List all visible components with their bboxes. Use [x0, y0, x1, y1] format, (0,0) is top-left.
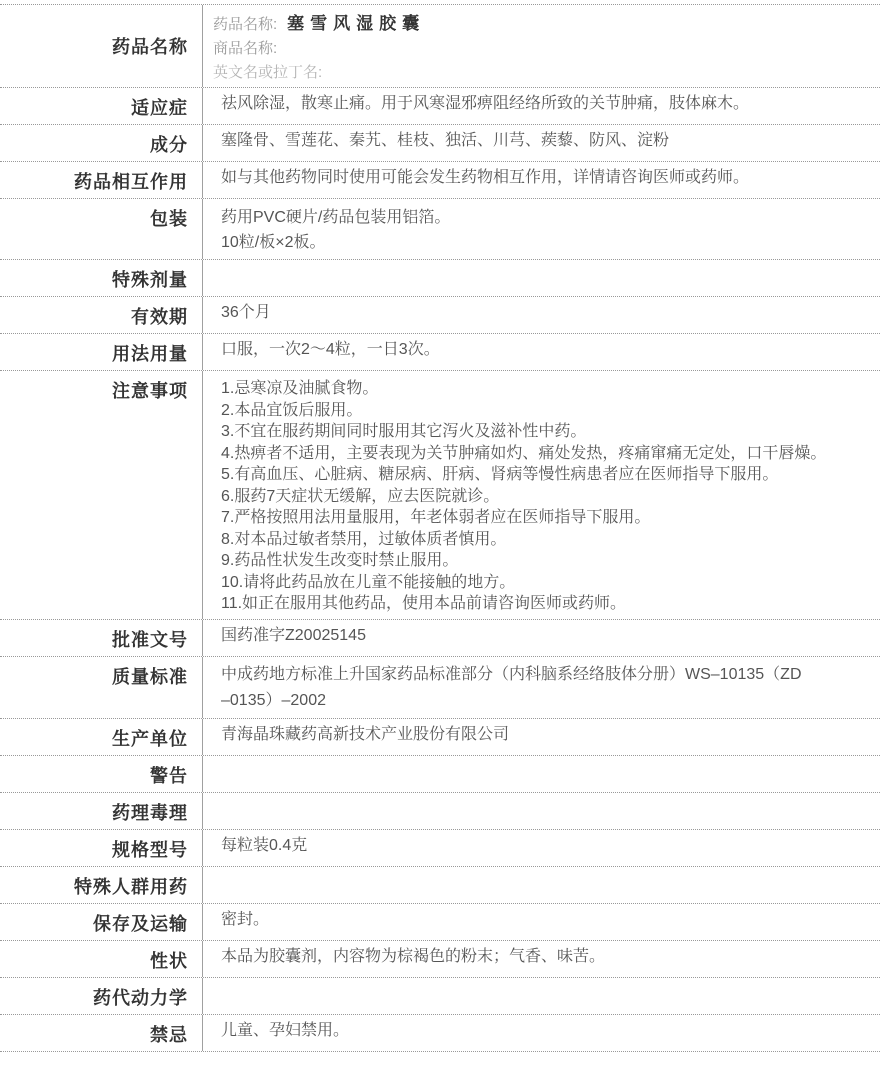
drug-name-row-label: 药品名称 [0, 5, 203, 87]
properties-value: 本品为胶囊剂，内容物为棕褐色的粉末；气香、味苦。 [203, 941, 880, 977]
quality-standard-line: –0135）–2002 [221, 688, 868, 714]
row-warning: 警告 [0, 755, 880, 792]
row-storage-transport: 保存及运输 密封。 [0, 903, 880, 940]
precaution-item: 11.如正在服用其他药品，使用本品前请咨询医师或药师。 [221, 593, 868, 615]
precaution-item: 6.服药7天症状无缓解，应去医院就诊。 [221, 486, 868, 508]
row-shelf-life: 有效期 36个月 [0, 296, 880, 333]
row-drug-name: 药品名称 药品名称:塞雪风湿胶囊 商品名称: 英文名或拉丁名: [0, 4, 880, 87]
row-special-population: 特殊人群用药 [0, 866, 880, 903]
drug-name-field-label: 药品名称: [213, 16, 277, 33]
storage-transport-value: 密封。 [203, 904, 880, 940]
manufacturer-value: 青海晶珠藏药高新技术产业股份有限公司 [203, 719, 880, 755]
row-quality-standard: 质量标准 中成药地方标准上升国家药品标准部分（内科脑系经络肢体分册）WS–101… [0, 656, 880, 718]
storage-transport-label: 保存及运输 [0, 904, 203, 940]
row-properties: 性状 本品为胶囊剂，内容物为棕褐色的粉末；气香、味苦。 [0, 940, 880, 977]
precaution-item: 4.热痹者不适用，主要表现为关节肿痛如灼、痛处发热，疼痛窜痛无定处，口干唇燥。 [221, 443, 868, 465]
manufacturer-label: 生产单位 [0, 719, 203, 755]
packaging-label: 包装 [0, 199, 203, 259]
row-ingredients: 成分 塞隆骨、雪莲花、秦艽、桂枝、独活、川芎、蒺藜、防风、淀粉 [0, 124, 880, 161]
drug-name-value: 塞雪风湿胶囊 [287, 14, 425, 33]
row-indications: 适应症 祛风除湿，散寒止痛。用于风寒湿邪痹阻经络所致的关节肿痛，肢体麻木。 [0, 87, 880, 124]
shelf-life-label: 有效期 [0, 297, 203, 333]
row-contraindications: 禁忌 儿童、孕妇禁用。 [0, 1014, 880, 1051]
warning-value [203, 756, 880, 792]
interactions-label: 药品相互作用 [0, 162, 203, 198]
pharmacology-toxicology-label: 药理毒理 [0, 793, 203, 829]
approval-number-value: 国药准字Z20025145 [203, 620, 880, 656]
row-manufacturer: 生产单位 青海晶珠藏药高新技术产业股份有限公司 [0, 718, 880, 755]
interactions-value: 如与其他药物同时使用可能会发生药物相互作用，详情请咨询医师或药师。 [203, 162, 880, 198]
usage-dosage-label: 用法用量 [0, 334, 203, 370]
indications-label: 适应症 [0, 88, 203, 124]
quality-standard-label: 质量标准 [0, 657, 203, 718]
packaging-line: 药用PVC硬片/药品包装用铝箔。 [221, 205, 868, 230]
properties-label: 性状 [0, 941, 203, 977]
approval-number-label: 批准文号 [0, 620, 203, 656]
pharmacology-toxicology-value [203, 793, 880, 829]
contraindications-label: 禁忌 [0, 1015, 203, 1051]
usage-dosage-value: 口服，一次2～4粒，一日3次。 [203, 334, 880, 370]
quality-standard-value: 中成药地方标准上升国家药品标准部分（内科脑系经络肢体分册）WS–10135（ZD… [203, 657, 880, 718]
row-approval-number: 批准文号 国药准字Z20025145 [0, 619, 880, 656]
warning-label: 警告 [0, 756, 203, 792]
special-population-label: 特殊人群用药 [0, 867, 203, 903]
shelf-life-value: 36个月 [203, 297, 880, 333]
row-precautions: 注意事项 1.忌寒凉及油腻食物。 2.本品宜饭后服用。 3.不宜在服药期间同时服… [0, 370, 880, 619]
contraindications-value: 儿童、孕妇禁用。 [203, 1015, 880, 1051]
packaging-line: 10粒/板×2板。 [221, 230, 868, 255]
precaution-item: 8.对本品过敏者禁用，过敏体质者慎用。 [221, 529, 868, 551]
drug-info-table: 药品名称 药品名称:塞雪风湿胶囊 商品名称: 英文名或拉丁名: 适应症 祛风除湿… [0, 4, 880, 1052]
precautions-value: 1.忌寒凉及油腻食物。 2.本品宜饭后服用。 3.不宜在服药期间同时服用其它泻火… [203, 371, 880, 619]
row-pharmacology-toxicology: 药理毒理 [0, 792, 880, 829]
precaution-item: 2.本品宜饭后服用。 [221, 400, 868, 422]
special-population-value [203, 867, 880, 903]
packaging-value: 药用PVC硬片/药品包装用铝箔。 10粒/板×2板。 [203, 199, 880, 259]
english-name-field-label: 英文名或拉丁名: [213, 61, 880, 85]
ingredients-value: 塞隆骨、雪莲花、秦艽、桂枝、独活、川芎、蒺藜、防风、淀粉 [203, 125, 880, 161]
trade-name-field-label: 商品名称: [213, 37, 880, 61]
ingredients-label: 成分 [0, 125, 203, 161]
specification-label: 规格型号 [0, 830, 203, 866]
drug-name-line: 药品名称:塞雪风湿胶囊 [213, 12, 880, 37]
special-dosage-label: 特殊剂量 [0, 260, 203, 296]
row-packaging: 包装 药用PVC硬片/药品包装用铝箔。 10粒/板×2板。 [0, 198, 880, 259]
pharmacokinetics-value [203, 978, 880, 1014]
precaution-item: 1.忌寒凉及油腻食物。 [221, 378, 868, 400]
specification-value: 每粒装0.4克 [203, 830, 880, 866]
precaution-item: 10.请将此药品放在儿童不能接触的地方。 [221, 572, 868, 594]
precaution-item: 5.有高血压、心脏病、糖尿病、肝病、肾病等慢性病患者应在医师指导下服用。 [221, 464, 868, 486]
row-special-dosage: 特殊剂量 [0, 259, 880, 296]
row-usage-dosage: 用法用量 口服，一次2～4粒，一日3次。 [0, 333, 880, 370]
row-specification: 规格型号 每粒装0.4克 [0, 829, 880, 866]
special-dosage-value [203, 260, 880, 296]
row-interactions: 药品相互作用 如与其他药物同时使用可能会发生药物相互作用，详情请咨询医师或药师。 [0, 161, 880, 198]
indications-value: 祛风除湿，散寒止痛。用于风寒湿邪痹阻经络所致的关节肿痛，肢体麻木。 [203, 88, 880, 124]
quality-standard-line: 中成药地方标准上升国家药品标准部分（内科脑系经络肢体分册）WS–10135（ZD [221, 662, 868, 688]
precautions-label: 注意事项 [0, 371, 203, 619]
pharmacokinetics-label: 药代动力学 [0, 978, 203, 1014]
precaution-item: 7.严格按照用法用量服用，年老体弱者应在医师指导下服用。 [221, 507, 868, 529]
drug-name-row-value: 药品名称:塞雪风湿胶囊 商品名称: 英文名或拉丁名: [203, 5, 880, 87]
row-pharmacokinetics: 药代动力学 [0, 977, 880, 1014]
precaution-item: 3.不宜在服药期间同时服用其它泻火及滋补性中药。 [221, 421, 868, 443]
precaution-item: 9.药品性状发生改变时禁止服用。 [221, 550, 868, 572]
